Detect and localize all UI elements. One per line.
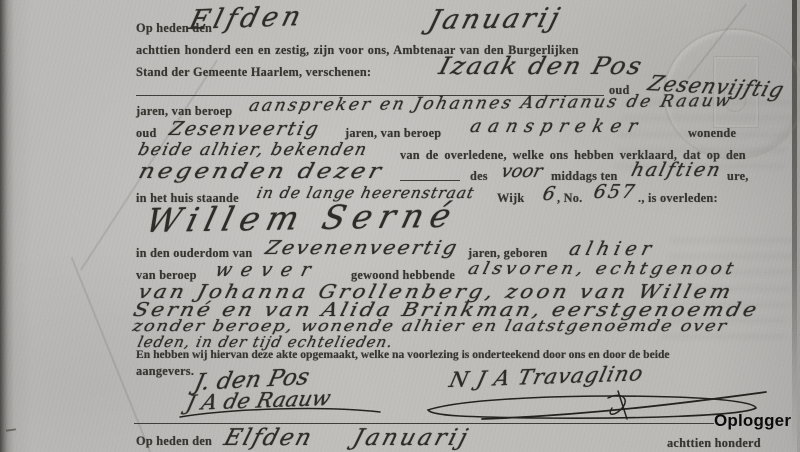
printed-gemeente-line: Stand der Gemeente Haarlem, verschenen:	[136, 65, 371, 80]
handwritten-beroep-declarant2: aanspreker en Johannes Adrianus de Raauw	[247, 91, 735, 116]
printed-jaren-beroep-2: jaren, van beroep	[345, 126, 441, 141]
printed-wijk: Wijk	[497, 191, 524, 206]
handwritten-woonplaats-aangevers: beide alhier, bekenden	[136, 140, 370, 160]
handwritten-overlijdensdatum: negenden dezer	[136, 159, 387, 183]
act-separator-rule	[134, 423, 714, 424]
death-certificate-scan: Op heden den Elfden Januarij achttien ho…	[0, 0, 800, 452]
handwritten-uur: halftien	[629, 159, 724, 181]
printed-des: des	[470, 169, 488, 184]
handwritten-next-day: Elfden	[221, 425, 316, 451]
printed-aangevers: aangevers.	[136, 364, 194, 379]
signature-underline-flourish	[176, 404, 386, 422]
handwritten-deceased-name: Willem Serné	[142, 196, 462, 240]
blank-dash-rule	[400, 180, 460, 181]
printed-oud-2: oud	[136, 126, 157, 141]
handwritten-huisnummer: 657	[592, 181, 638, 203]
handwritten-woonplaats-overledene: alsvoren, echtgenoot	[466, 259, 739, 279]
handwritten-beroep-2: aanspreker	[468, 116, 646, 137]
handwritten-dagdeel: voor	[499, 161, 545, 182]
printed-next-year-fragment: achttien honderd	[667, 436, 761, 451]
printed-next-op-heden: Op heden den	[136, 434, 212, 449]
handwritten-wijknummer: 6	[541, 183, 557, 205]
handwritten-leeftijd: Zevenenveertig	[263, 237, 461, 259]
handwritten-month: Januarij	[425, 3, 566, 36]
handwritten-declarant1-name: Izaak den Pos	[436, 52, 647, 80]
watermark-label: Oplogger	[714, 411, 791, 431]
printed-jaren-beroep-1: jaren, van beroep	[136, 104, 232, 119]
printed-slotformule: En hebben wij hiervan deze akte opgemaak…	[136, 348, 670, 361]
printed-is-overleden: ., is overleden:	[638, 191, 718, 206]
handwritten-beroep-overledene: wever	[213, 259, 322, 281]
handwritten-geboorteplaats: alhier	[567, 238, 659, 260]
handwritten-age-2: Zesenveertig	[167, 118, 322, 140]
printed-ure: ure,	[727, 169, 749, 184]
printed-wonende: wonende	[688, 126, 736, 141]
printed-no: , No.	[557, 191, 583, 206]
page-binding-edge	[0, 0, 14, 452]
handwritten-next-month: Januarij	[350, 425, 473, 451]
handwritten-day: Elfden	[186, 1, 308, 36]
